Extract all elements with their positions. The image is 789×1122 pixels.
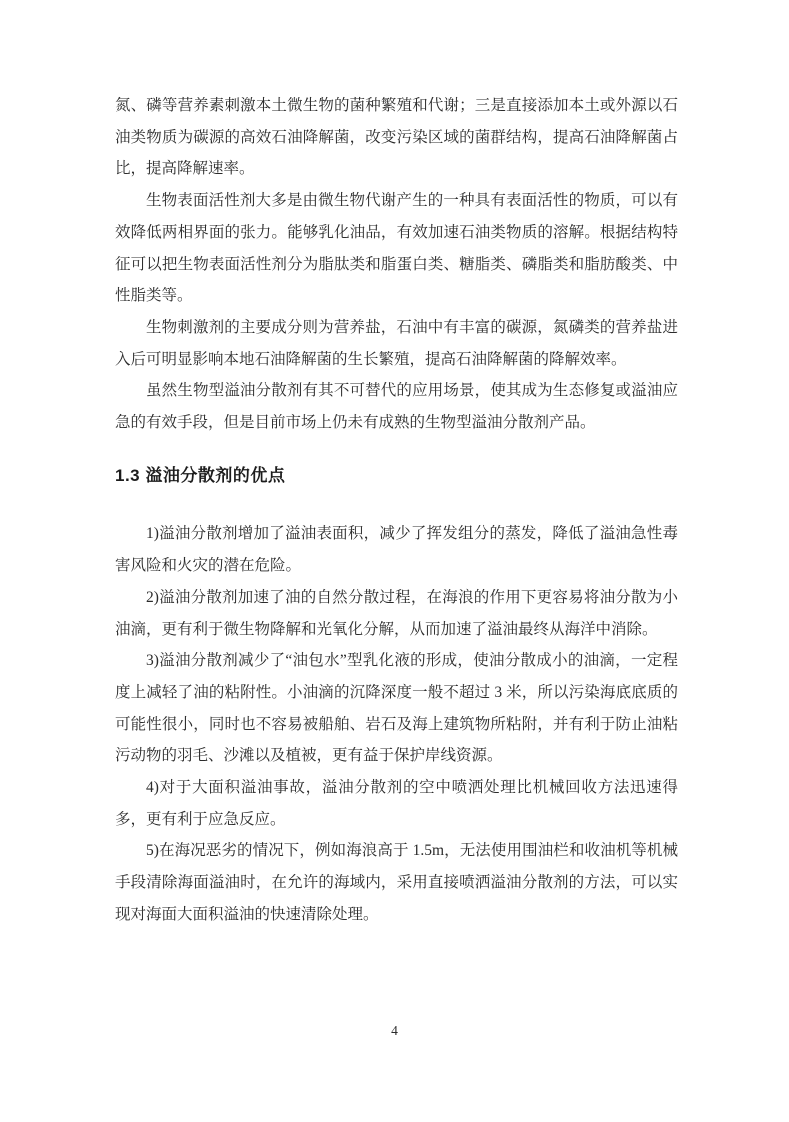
paragraph-bioaugmentation-continued: 氮、磷等营养素刺激本土微生物的菌种繁殖和代谢；三是直接添加本土或外源以石油类物质…: [115, 90, 678, 185]
advantage-item-1: 1)溢油分散剂增加了溢油表面积，减少了挥发组分的蒸发，降低了溢油急性毒害风险和火…: [115, 518, 678, 581]
advantage-item-2: 2)溢油分散剂加速了油的自然分散过程，在海浪的作用下更容易将油分散为小油滴，更有…: [115, 582, 678, 645]
document-page: 氮、磷等营养素刺激本土微生物的菌种繁殖和代谢；三是直接添加本土或外源以石油类物质…: [0, 0, 789, 1122]
paragraph-biosurfactant: 生物表面活性剂大多是由微生物代谢产生的一种具有表面活性的物质，可以有效降低两相界…: [115, 185, 678, 312]
section-heading-1-3: 1.3 溢油分散剂的优点: [115, 460, 678, 492]
page-number: 4: [0, 1022, 789, 1040]
paragraph-market-status: 虽然生物型溢油分散剂有其不可替代的应用场景，使其成为生态修复或溢油应急的有效手段…: [115, 375, 678, 438]
advantage-item-3: 3)溢油分散剂减少了“油包水”型乳化液的形成，使油分散成小的油滴，一定程度上减轻…: [115, 645, 678, 772]
advantage-item-5: 5)在海况恶劣的情况下，例如海浪高于 1.5m，无法使用围油栏和收油机等机械手段…: [115, 835, 678, 930]
advantage-item-4: 4)对于大面积溢油事故，溢油分散剂的空中喷洒处理比机械回收方法迅速得多，更有利于…: [115, 772, 678, 835]
page-body: 氮、磷等营养素刺激本土微生物的菌种繁殖和代谢；三是直接添加本土或外源以石油类物质…: [115, 90, 678, 931]
paragraph-biostimulant: 生物刺激剂的主要成分则为营养盐，石油中有丰富的碳源，氮磷类的营养盐进入后可明显影…: [115, 312, 678, 375]
advantages-list: 1)溢油分散剂增加了溢油表面积，减少了挥发组分的蒸发，降低了溢油急性毒害风险和火…: [115, 518, 678, 930]
